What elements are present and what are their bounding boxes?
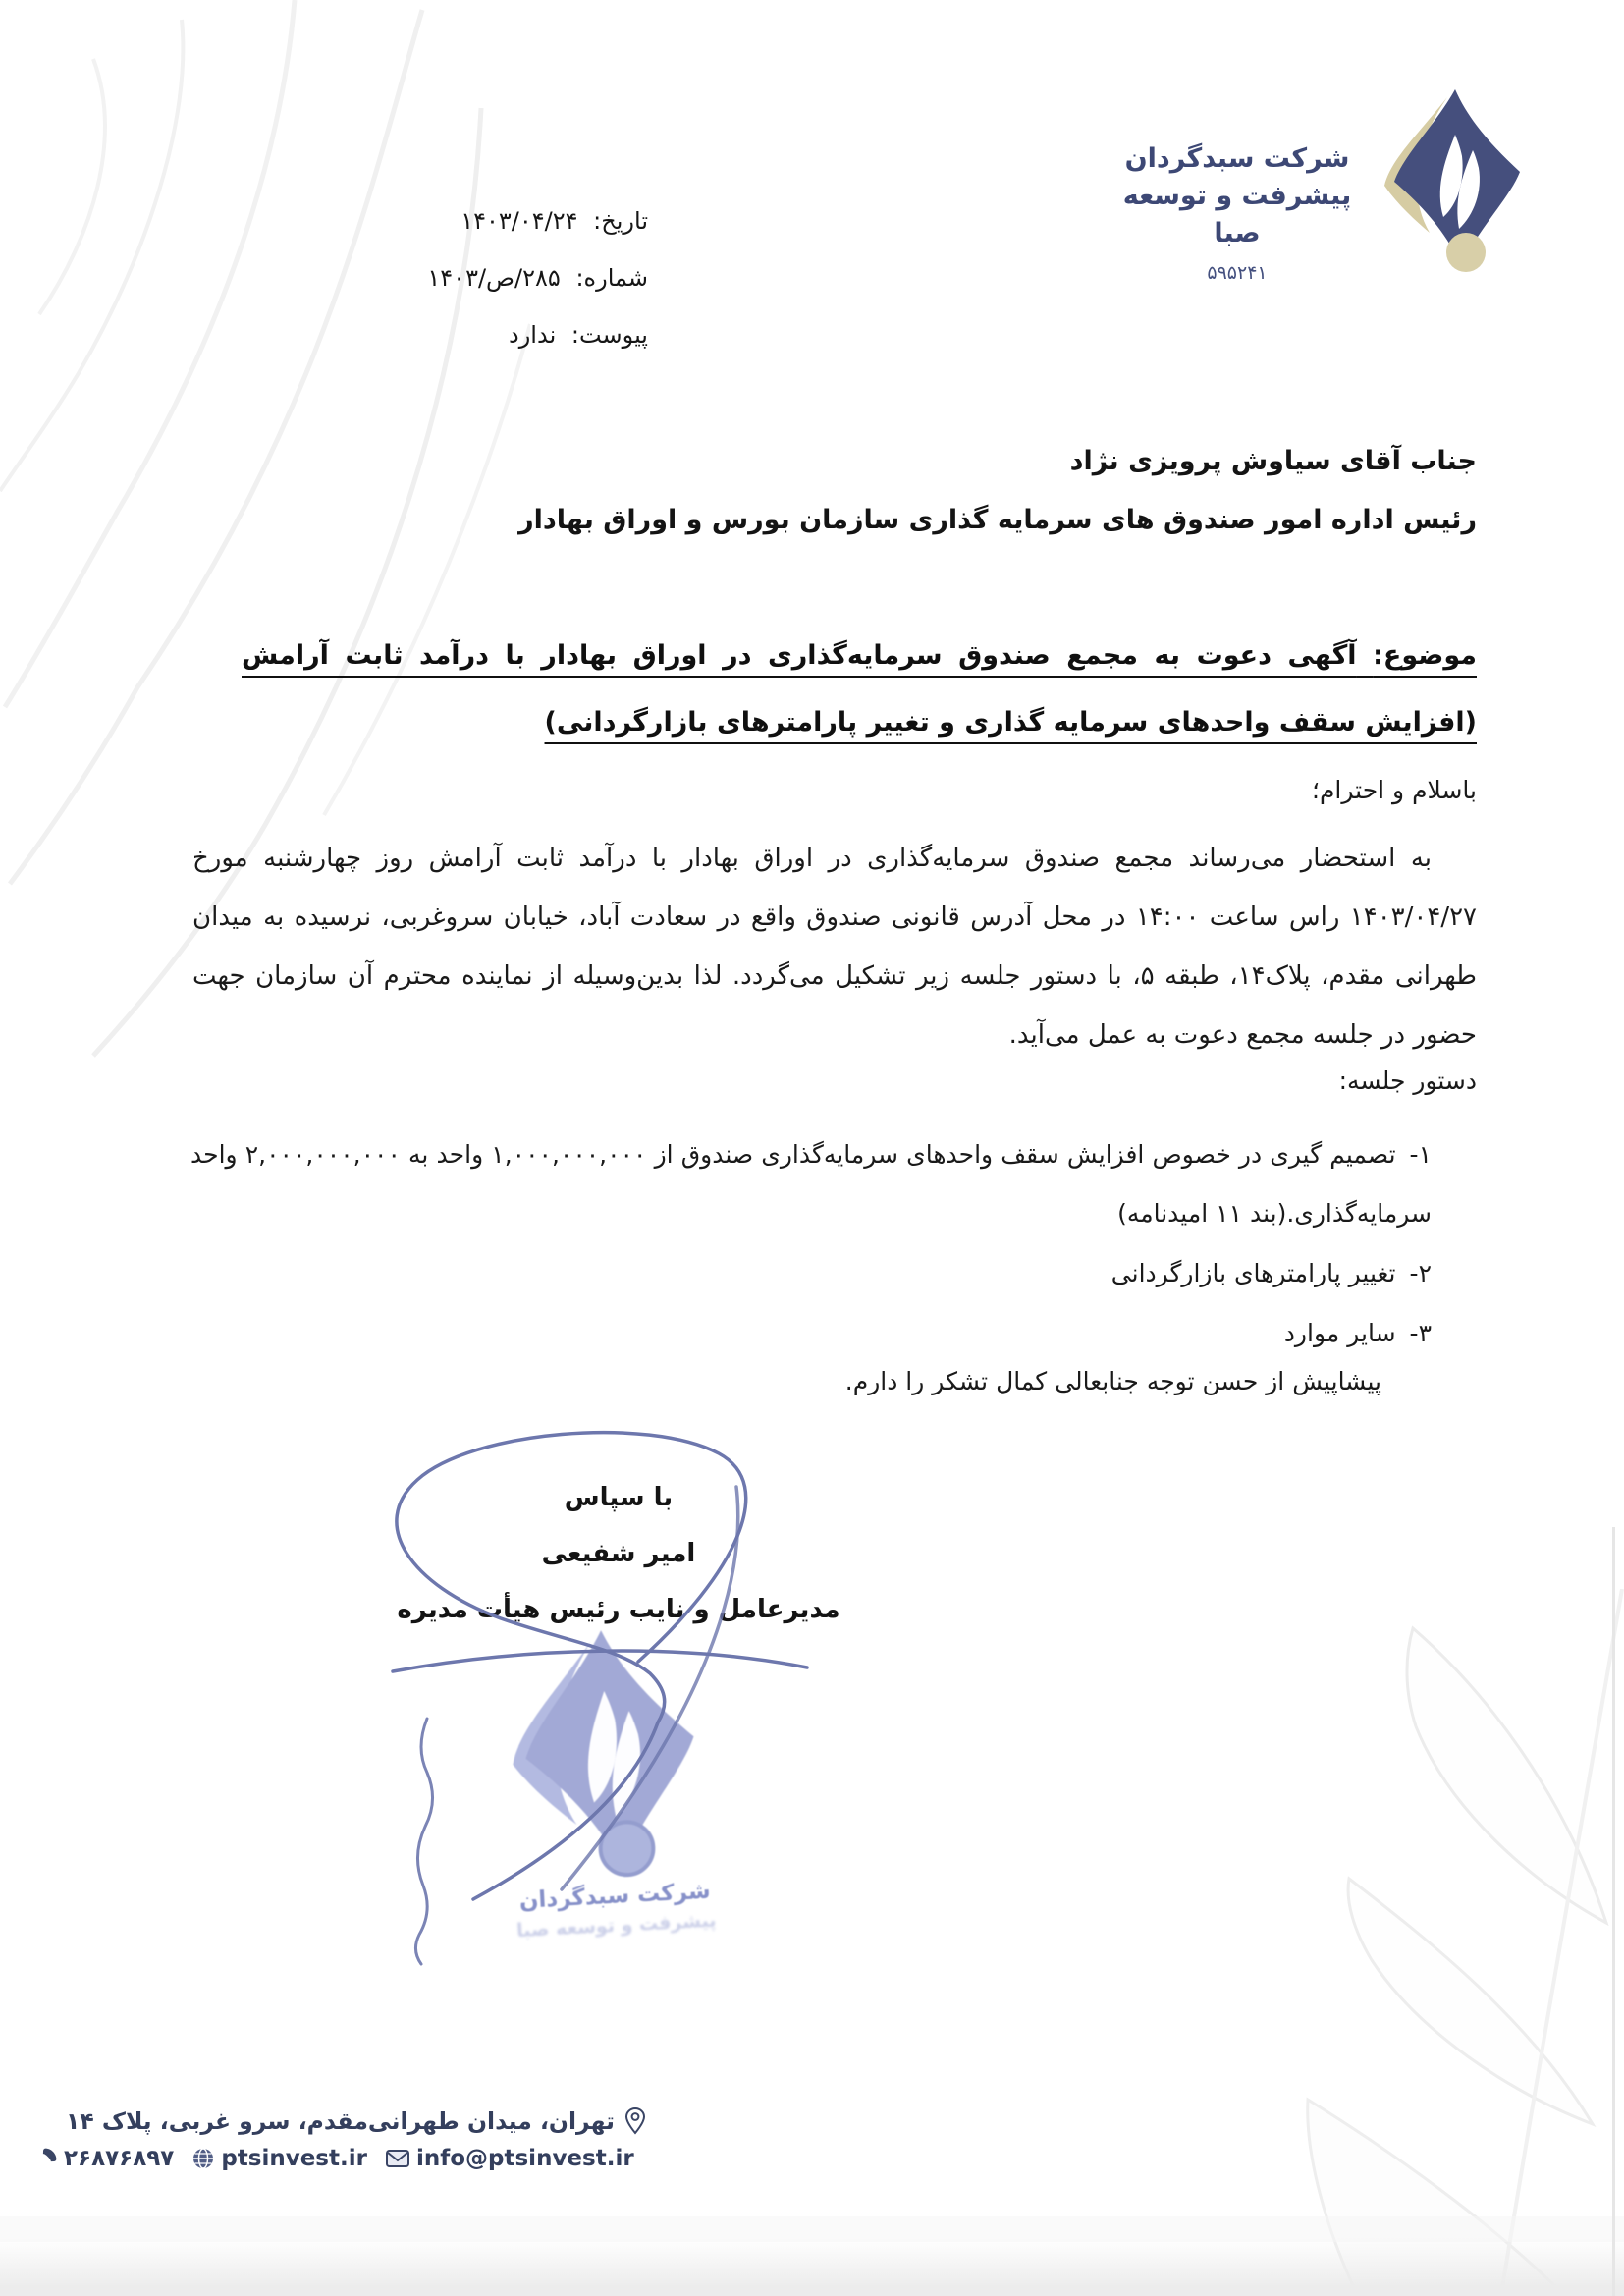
footer-website-group: ptsinvest.ir xyxy=(191,2146,367,2171)
letter-meta: تاریخ: ۱۴۰۳/۰۴/۲۴ شماره: ۲۸۵/ص/۱۴۰۳ پیوس… xyxy=(427,192,648,363)
letter-date-line: تاریخ: ۱۴۰۳/۰۴/۲۴ xyxy=(427,192,648,249)
agenda-item-1: ۱-تصمیم گیری در خصوص افزایش سقف واحدهای … xyxy=(190,1125,1432,1243)
agenda-item-1-text: تصمیم گیری در خصوص افزایش سقف واحدهای سر… xyxy=(190,1140,1432,1228)
footer-contact-block: تهران، میدان طهرانی‌مقدم، سرو غربی، پلاک… xyxy=(34,2102,647,2171)
subject-label: موضوع: xyxy=(1373,640,1477,671)
company-letterhead: شرکت سبدگردان پیشرفت و توسعه صبا ۵۹۵۲۴۱ xyxy=(1113,83,1540,284)
recipient-block: جناب آقای سیاوش پرویزی نژاد رئیس اداره ا… xyxy=(518,432,1477,550)
letter-page: شرکت سبدگردان پیشرفت و توسعه صبا ۵۹۵۲۴۱ … xyxy=(0,0,1624,2296)
footer-phone-group: ۲۶۸۷۶۸۹۷ xyxy=(34,2146,174,2171)
page-edge-line xyxy=(1612,1527,1615,2296)
footer-contacts-row: ۲۶۸۷۶۸۹۷ ptsinvest.ir info@ptsinvest.ir xyxy=(34,2146,647,2171)
agenda-item-2-text: تغییر پارامترهای بازارگردانی xyxy=(1111,1259,1396,1287)
footer-phone-number: ۲۶۸۷۶۸۹۷ xyxy=(64,2146,174,2171)
agenda-item-3-text: سایر موارد xyxy=(1284,1319,1396,1347)
company-name-line2: پیشرفت و توسعه صبا xyxy=(1113,178,1361,252)
footer-address-row: تهران، میدان طهرانی‌مقدم، سرو غربی، پلاک… xyxy=(34,2102,647,2141)
footer-website-text: ptsinvest.ir xyxy=(221,2146,367,2171)
subject-text: آگهی دعوت به مجمع صندوق سرمایه‌گذاری در … xyxy=(242,640,1477,738)
date-value: ۱۴۰۳/۰۴/۲۴ xyxy=(460,207,577,235)
mail-icon xyxy=(385,2148,410,2169)
agenda-item-3-marker: ۳- xyxy=(1410,1319,1432,1347)
company-name-block: شرکت سبدگردان پیشرفت و توسعه صبا ۵۹۵۲۴۱ xyxy=(1113,140,1361,284)
number-value: ۲۸۵/ص/۱۴۰۳ xyxy=(427,264,560,292)
footer-email-text: info@ptsinvest.ir xyxy=(416,2146,634,2171)
number-label: شماره: xyxy=(575,264,648,292)
letter-attachment-line: پیوست: ندارد xyxy=(427,306,648,363)
scan-shadow-band xyxy=(0,2237,1624,2296)
agenda-list: ۱-تصمیم گیری در خصوص افزایش سقف واحدهای … xyxy=(190,1125,1432,1364)
company-logo-icon xyxy=(1371,83,1540,275)
attachment-value: ندارد xyxy=(509,321,556,349)
globe-icon xyxy=(191,2147,215,2170)
handwritten-signature-ink xyxy=(324,1426,933,2025)
phone-icon xyxy=(34,2147,58,2170)
footer-email-group: info@ptsinvest.ir xyxy=(385,2146,634,2171)
letter-number-line: شماره: ۲۸۵/ص/۱۴۰۳ xyxy=(427,249,648,306)
agenda-item-2-marker: ۲- xyxy=(1410,1259,1432,1287)
body-paragraph: به استحضار می‌رساند مجمع صندوق سرمایه‌گذ… xyxy=(192,829,1477,1065)
date-label: تاریخ: xyxy=(593,207,648,235)
recipient-name: جناب آقای سیاوش پرویزی نژاد xyxy=(518,432,1477,491)
leaf-watermark-bottom-right xyxy=(1202,1589,1624,2296)
agenda-title: دستور جلسه: xyxy=(1339,1066,1477,1095)
agenda-item-1-marker: ۱- xyxy=(1410,1140,1432,1169)
footer-address-text: تهران، میدان طهرانی‌مقدم، سرو غربی، پلاک… xyxy=(66,2102,615,2141)
agenda-item-3: ۳-سایر موارد xyxy=(190,1304,1432,1363)
recipient-title: رئیس اداره امور صندوق های سرمایه گذاری س… xyxy=(518,491,1477,550)
company-name-line1: شرکت سبدگردان xyxy=(1113,140,1361,178)
greeting-line: باسلام و احترام؛ xyxy=(1312,776,1477,804)
company-registration-number: ۵۹۵۲۴۱ xyxy=(1113,262,1361,284)
subject-line: موضوع: آگهی دعوت به مجمع صندوق سرمایه‌گذ… xyxy=(242,623,1477,756)
location-pin-icon xyxy=(623,2106,647,2136)
closing-line: پیشاپیش از حسن توجه جنابعالی کمال تشکر ر… xyxy=(845,1367,1381,1395)
attachment-label: پیوست: xyxy=(571,321,648,349)
agenda-item-2: ۲-تغییر پارامترهای بازارگردانی xyxy=(190,1244,1432,1303)
